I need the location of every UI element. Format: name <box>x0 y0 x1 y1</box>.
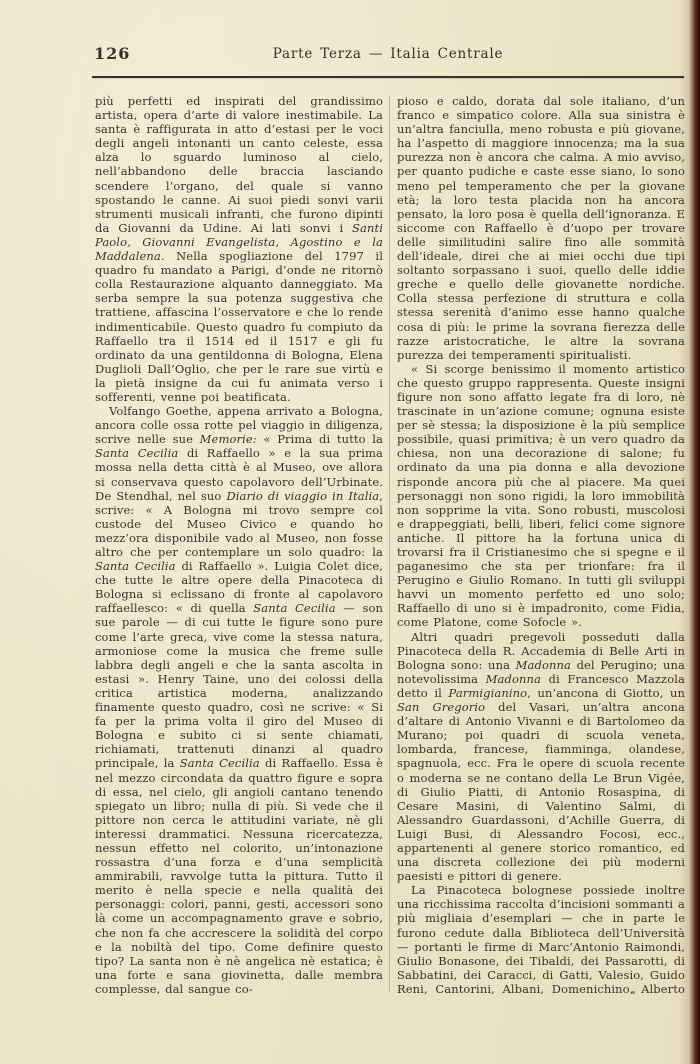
paragraph: « Si scorge benissimo il momento artisti… <box>397 362 685 630</box>
paragraph: pioso e caldo, dorata dal sole italiano,… <box>397 94 685 362</box>
paragraph: Altri quadri pregevoli posseduti dalla P… <box>397 630 685 884</box>
paragraph: La Pinacoteca bolognese possiede inoltre… <box>397 883 685 999</box>
right-column: pioso e caldo, dorata dal sole italiano,… <box>397 94 685 999</box>
text-columns: più perfetti ed inspirati del grandissim… <box>95 94 685 999</box>
header-rule <box>92 76 684 78</box>
page-header: 126 Parte Terza — Italia Centrale <box>92 44 684 68</box>
paragraph: più perfetti ed inspirati del grandissim… <box>95 94 383 404</box>
column-divider <box>389 96 390 992</box>
running-title: Parte Terza — Italia Centrale <box>92 46 684 62</box>
book-page-scan: 126 Parte Terza — Italia Centrale più pe… <box>0 0 700 1064</box>
left-column: più perfetti ed inspirati del grandissim… <box>95 94 383 999</box>
paragraph: Volfango Goethe, appena arrivato a Bolog… <box>95 404 383 996</box>
book-edge <box>689 0 700 1064</box>
ink-speck <box>632 991 635 994</box>
column-gap <box>383 94 397 992</box>
